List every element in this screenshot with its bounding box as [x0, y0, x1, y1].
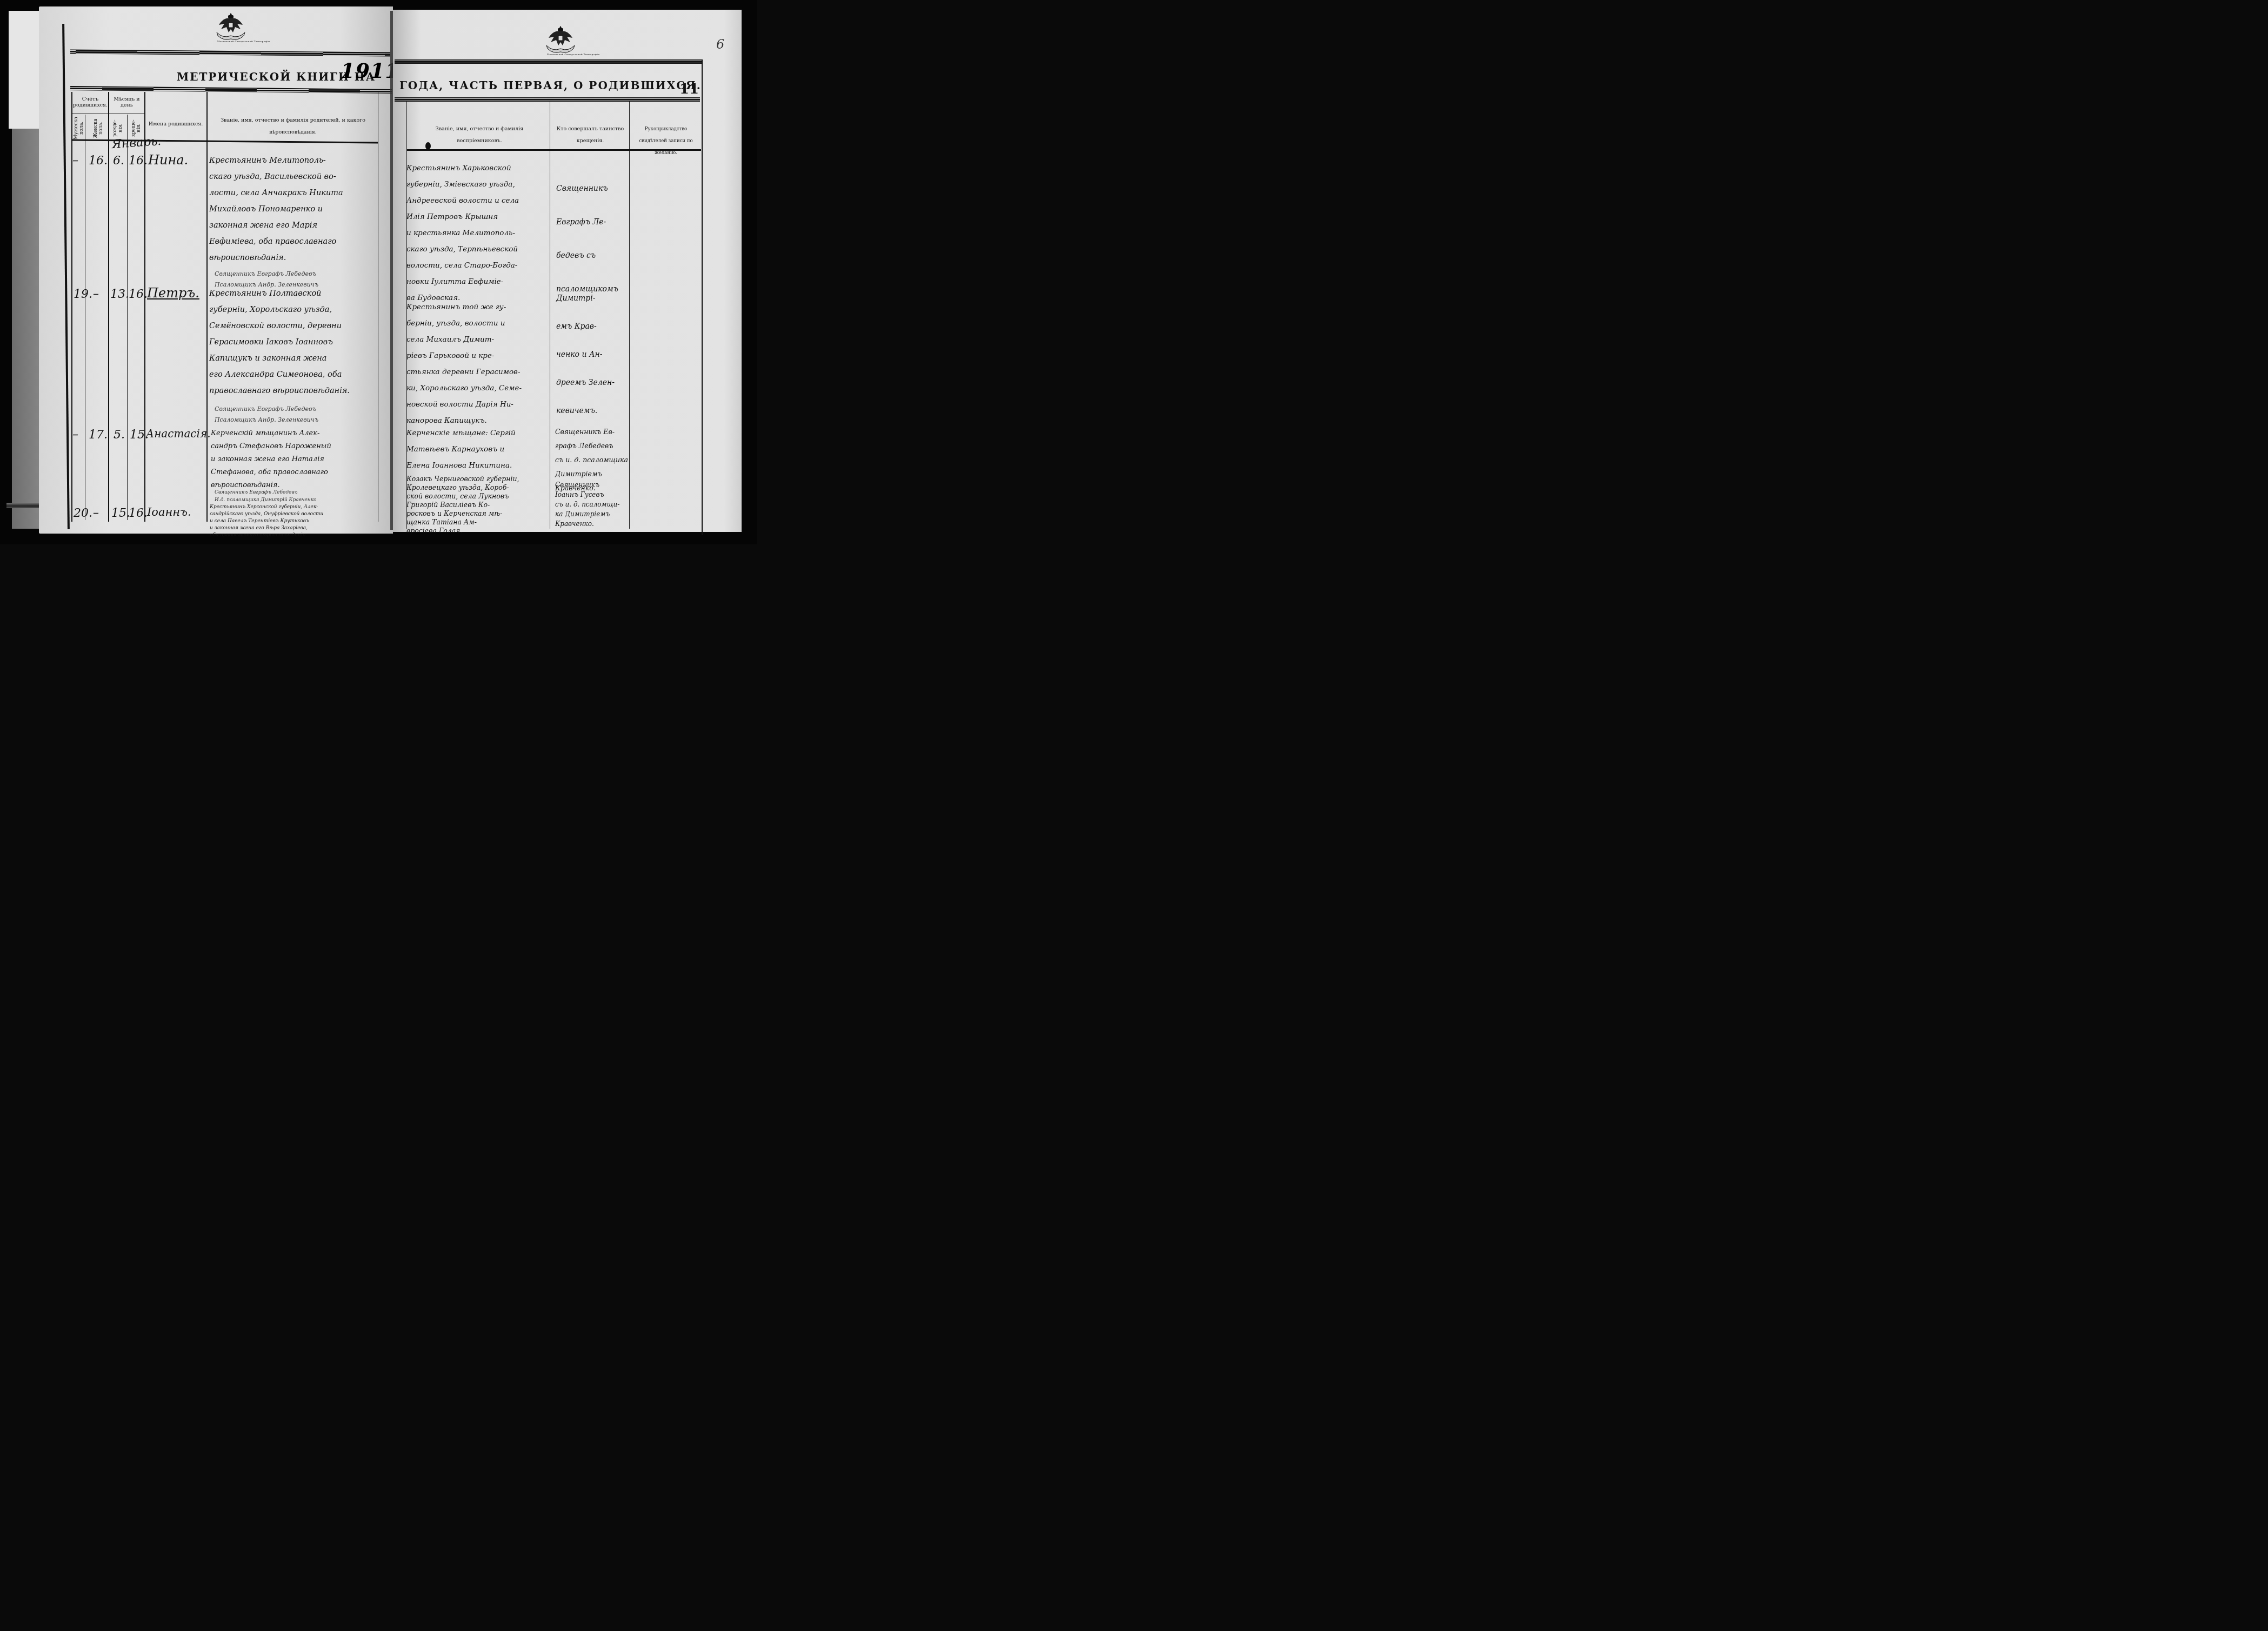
register-title-continued: года, часть первая, о родившихся.: [399, 79, 702, 92]
entry-4-male: 20.: [74, 507, 92, 520]
header-godparents: Званіе, имя, отчество и фамилія воспріем…: [415, 123, 544, 147]
header-sub-rule: [109, 114, 144, 114]
header-count-female: Женска пола.: [93, 117, 104, 139]
crest-ribbon-text: Московской Синодальной Типографіи: [547, 53, 599, 56]
entry-1-child-name: Нина.: [148, 152, 188, 168]
col-rule: [85, 115, 85, 520]
entry-1-birth-day: 6.: [113, 154, 124, 168]
crest-ribbon-text: Московской Синодальной Типографіи: [217, 40, 270, 43]
entry-3-parents: Керченскій мѣщанинъ Алек- сандръ Стефано…: [211, 427, 384, 492]
header-sub-rule: [72, 114, 108, 114]
entry-2-male: 19.: [74, 288, 92, 301]
header-priest: Кто совершалъ таинство крещенія.: [555, 123, 625, 147]
page-number: 11: [679, 81, 699, 97]
entry-2-parents: Крестьянинъ Полтавской губерніи, Хорольс…: [209, 285, 382, 399]
col-rule: [206, 92, 208, 522]
header-count-male: Мужеска пола.: [74, 117, 84, 139]
table-top-rule: [395, 97, 700, 102]
entry-3-child-name: Анастасія.: [146, 427, 211, 440]
entry-4-godparents: Козакъ Черниговской губерніи, Кролевецка…: [406, 475, 555, 535]
entry-1-male: –: [72, 154, 78, 168]
header-count-group: Счётъ родившихся.: [72, 96, 108, 109]
imperial-eagle-crest-icon: [544, 24, 577, 54]
top-rule: [70, 49, 390, 56]
right-page-frame-line: [702, 59, 703, 535]
entry-2-child-name: Петръ.: [147, 285, 199, 301]
entry-1-godparents: Крестьянинъ Харьковской губерніи, Зміевс…: [406, 160, 552, 306]
entry-3-birth-day: 5.: [114, 428, 125, 442]
imperial-eagle-crest-icon: [215, 11, 247, 41]
entry-1-parents: Крестьянинъ Мелитополь- скаго уѣзда, Вас…: [209, 152, 382, 266]
header-witnesses: Рукоприкладство свидѣтелей записи по жел…: [631, 123, 701, 159]
entry-2-godparents: Крестьянинъ той же гу- берніи, уѣзда, во…: [406, 299, 552, 429]
entry-4-priest: Священникъ Іоаннъ Гусевъ съ и. д. псалом…: [555, 480, 636, 529]
header-names: Имена родившихся.: [145, 121, 206, 127]
right-page: Московской Синодальной Типографіи 6 года…: [393, 10, 742, 532]
entry-2-signatures: Священникъ Евграфъ Лебедевъ Псаломщикъ А…: [215, 404, 377, 425]
entry-4-child-name: Іоаннъ.: [147, 505, 191, 518]
col-rule: [127, 115, 128, 520]
col-rule: [108, 92, 109, 522]
header-parents: Званіе, имя, отчество и фамилія родителе…: [212, 115, 374, 138]
table-top-rule: [70, 86, 392, 94]
folio-number: 6: [716, 37, 724, 52]
entry-4-baptism-day: 16.: [129, 507, 148, 520]
entry-3-female: 17.: [89, 428, 108, 442]
entry-3-godparents: Керченскіе мѣщане: Сергій Матвѣевъ Карна…: [406, 425, 552, 474]
entry-1-female: 16.: [89, 154, 108, 168]
entry-3-male: –: [72, 428, 78, 442]
left-page: Московской Синодальной Типографіи Метрич…: [39, 6, 393, 534]
entry-2-baptism-day: 16.: [129, 288, 148, 301]
entry-2-female: –: [93, 288, 99, 301]
entry-4-parents: Крестьянинъ Херсонской губерніи, Алек- с…: [210, 504, 388, 539]
top-rule: [395, 59, 702, 64]
entry-4-birth-day: 15.: [111, 507, 130, 520]
entry-1-baptism-day: 16.: [129, 154, 148, 168]
header-birth: рожде-нія.: [112, 117, 123, 139]
header-month-day: Мѣсяцъ и день: [109, 96, 144, 109]
left-page-frame-line: [62, 24, 70, 529]
entry-2-birth-day: 13.: [110, 288, 129, 301]
entry-2-priest: Димитрі- емъ Крав- ченко и Ан- дреемъ Зе…: [556, 284, 632, 425]
ink-blot: [425, 142, 431, 150]
month-label: Январь.: [111, 135, 162, 151]
entry-3-signatures: Священникъ Евграфъ Лебедевъ И.д. псаломщ…: [215, 489, 377, 504]
entry-4-female: –: [93, 507, 99, 520]
